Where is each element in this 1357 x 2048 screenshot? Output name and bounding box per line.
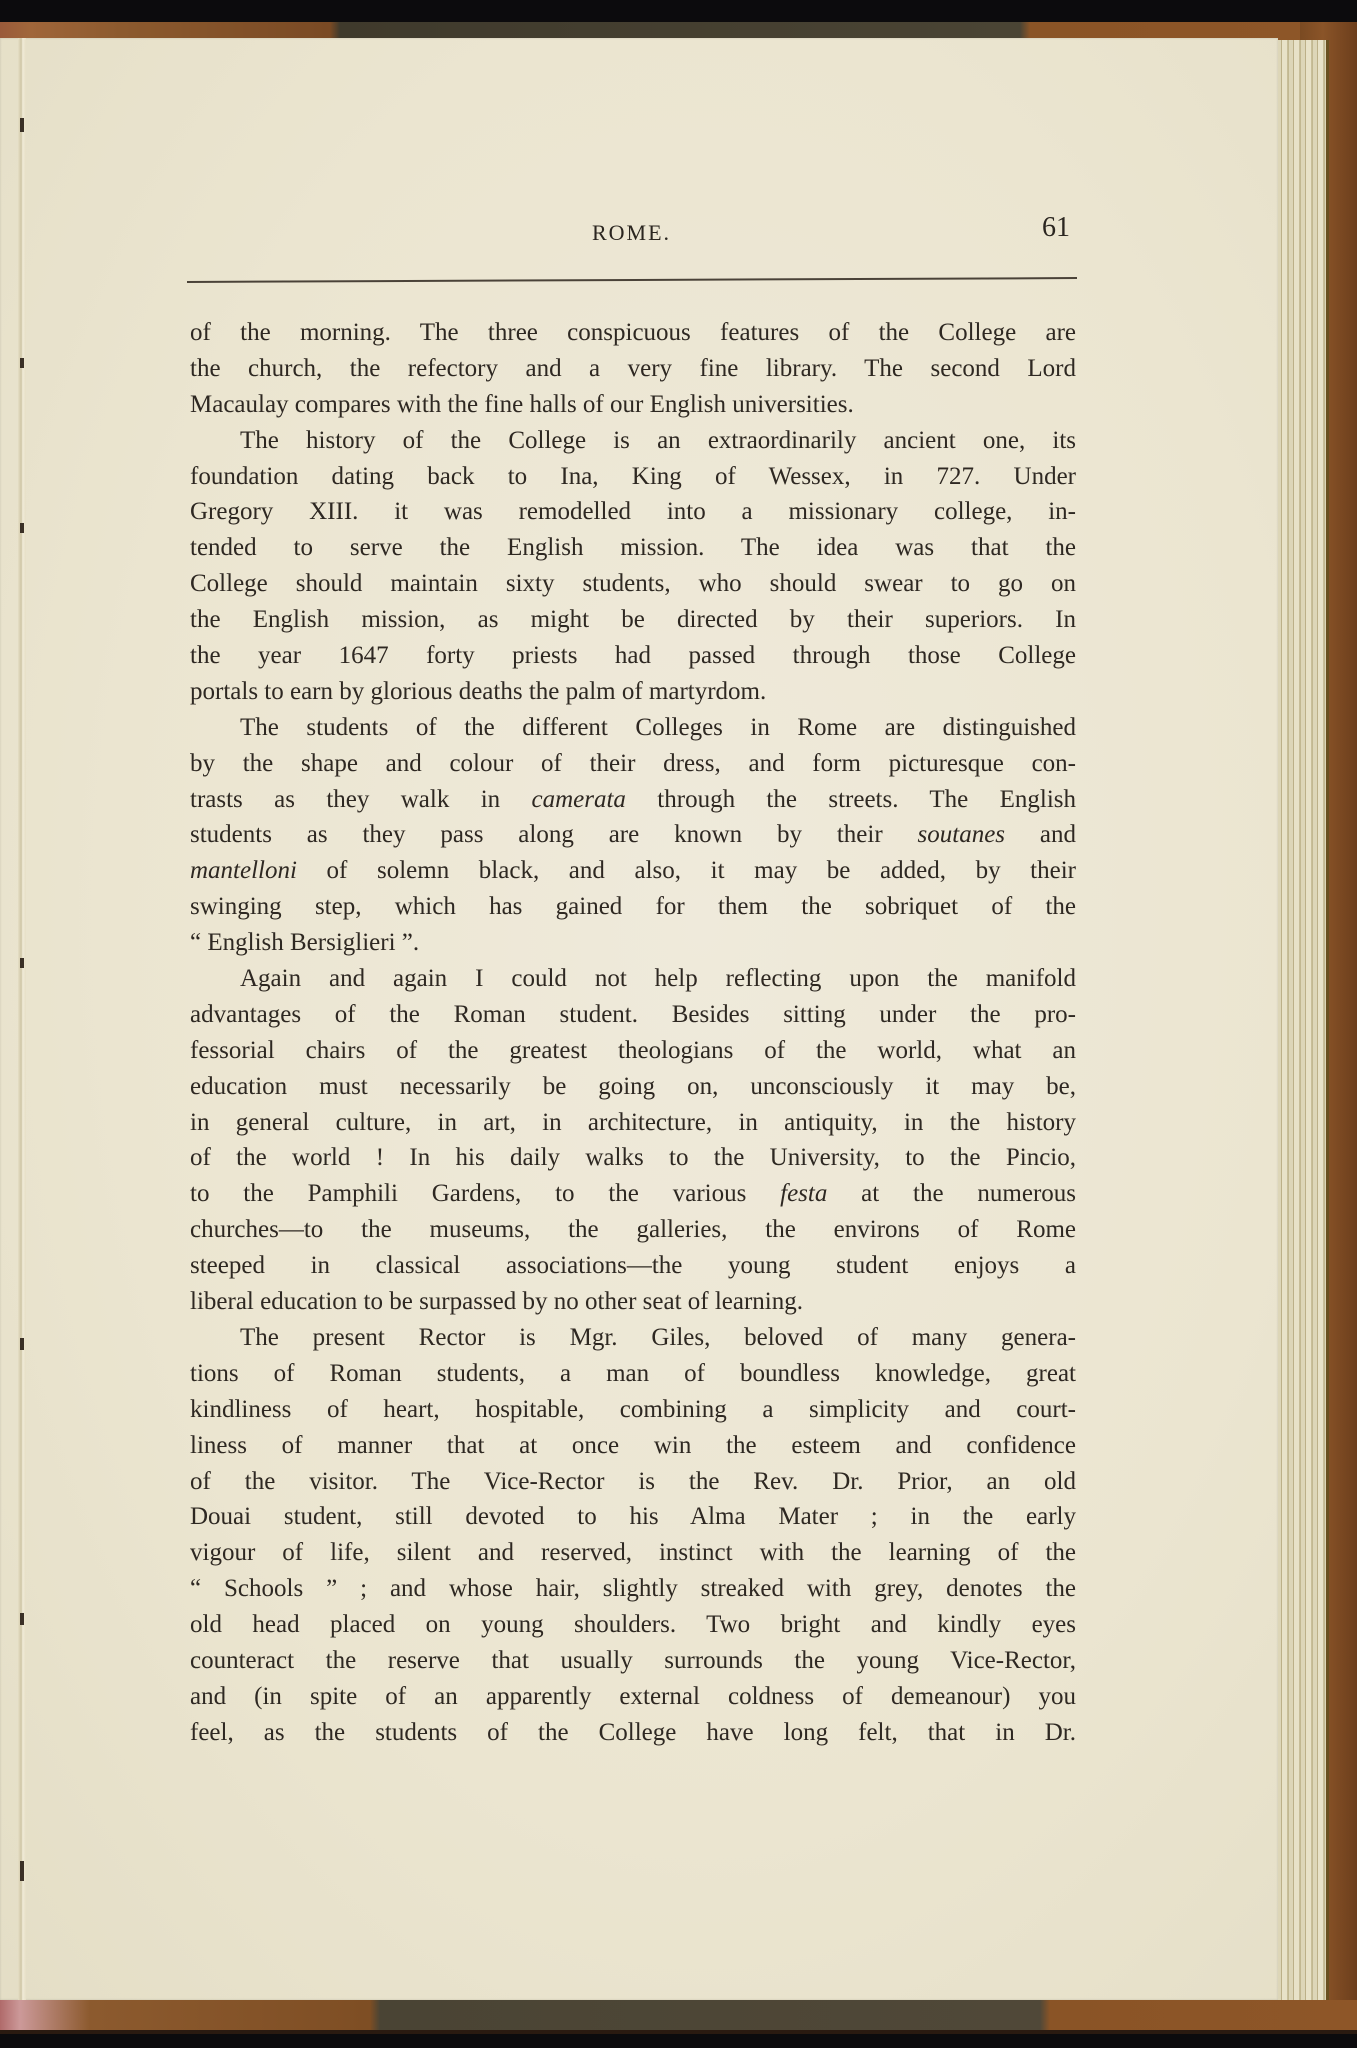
- line-text: The history of the College is an extraor…: [240, 427, 1076, 454]
- line-text: steeped in classical associations—the yo…: [190, 1252, 1076, 1279]
- gutter-mark: [20, 118, 24, 132]
- text-line: to the Pamphili Gardens, to the various …: [190, 1176, 1076, 1212]
- text-line: foundation dating back to Ina, King of W…: [190, 459, 1076, 495]
- line-text: tions of Roman students, a man of boundl…: [190, 1360, 1076, 1387]
- line-text: students as they pass along are known by…: [190, 821, 918, 848]
- line-text: kindliness of heart, hospitable, combini…: [190, 1396, 1076, 1423]
- text-line: the English mission, as might be directe…: [190, 602, 1076, 638]
- text-line: of the morning. The three conspicuous fe…: [190, 315, 1076, 351]
- line-text: of the world ! In his daily walks to the…: [190, 1144, 1076, 1171]
- text-line: students as they pass along are known by…: [190, 817, 1076, 853]
- line-text: foundation dating back to Ina, King of W…: [190, 463, 1076, 490]
- text-line: vigour of life, silent and reserved, ins…: [190, 1535, 1076, 1571]
- gutter-mark: [20, 1338, 24, 1350]
- text-line: churches—to the museums, the galleries, …: [190, 1212, 1076, 1248]
- line-text: of the visitor. The Vice-Rector is the R…: [190, 1468, 1076, 1495]
- line-text: and (in spite of an apparently external …: [190, 1683, 1076, 1710]
- italic-term: soutanes: [918, 821, 1006, 848]
- gutter-mark: [20, 1613, 24, 1625]
- line-text: Again and again I could not help reflect…: [240, 965, 1076, 992]
- line-text: in general culture, in art, in architect…: [190, 1109, 1076, 1136]
- text-line: and (in spite of an apparently external …: [190, 1679, 1076, 1715]
- italic-term: mantelloni: [190, 857, 297, 884]
- text-line: tended to serve the English mission. The…: [190, 530, 1076, 566]
- line-text: by the shape and colour of their dress, …: [190, 750, 1076, 777]
- book-cover-bottom-edge: [0, 2000, 1357, 2034]
- text-line: of the world ! In his daily walks to the…: [190, 1140, 1076, 1176]
- line-text: vigour of life, silent and reserved, ins…: [190, 1539, 1076, 1566]
- line-text: and: [1005, 821, 1076, 848]
- gutter-mark: [20, 958, 24, 968]
- text-line: tions of Roman students, a man of boundl…: [190, 1356, 1076, 1392]
- line-text: feel, as the students of the College hav…: [190, 1719, 1076, 1746]
- line-text: liberal education to be surpassed by no …: [190, 1288, 803, 1315]
- line-text: portals to earn by glorious deaths the p…: [190, 678, 766, 705]
- line-text: “ English Bersiglieri ”.: [190, 929, 419, 956]
- line-text: the year 1647 forty priests had passed t…: [190, 642, 1076, 669]
- text-line: trasts as they walk in camerata through …: [190, 782, 1076, 818]
- line-text: the church, the refectory and a very fin…: [190, 355, 1076, 382]
- text-line: Again and again I could not help reflect…: [190, 961, 1076, 997]
- text-line: mantelloni of solemn black, and also, it…: [190, 853, 1076, 889]
- line-text: to the Pamphili Gardens, to the various: [190, 1180, 780, 1207]
- line-text: swinging step, which has gained for them…: [190, 893, 1076, 920]
- line-text: at the numerous: [827, 1180, 1076, 1207]
- binding-gutter: [18, 38, 26, 2000]
- italic-term: festa: [780, 1180, 827, 1207]
- gutter-mark: [20, 1861, 24, 1881]
- book-page: ROME. 61 of the morning. The three consp…: [0, 38, 1278, 2000]
- text-line: kindliness of heart, hospitable, combini…: [190, 1392, 1076, 1428]
- text-line: portals to earn by glorious deaths the p…: [190, 674, 1076, 710]
- gutter-mark: [20, 523, 24, 533]
- line-text: liness of manner that at once win the es…: [190, 1432, 1076, 1459]
- text-line: in general culture, in art, in architect…: [190, 1105, 1076, 1141]
- text-line: Douai student, still devoted to his Alma…: [190, 1499, 1076, 1535]
- text-line: College should maintain sixty students, …: [190, 566, 1076, 602]
- line-text: “ Schools ” ; and whose hair, slightly s…: [190, 1575, 1076, 1602]
- text-line: fessorial chairs of the greatest theolog…: [190, 1033, 1076, 1069]
- line-text: of the morning. The three conspicuous fe…: [190, 319, 1076, 346]
- text-line: the church, the refectory and a very fin…: [190, 351, 1076, 387]
- line-text: through the streets. The English: [626, 786, 1076, 813]
- page-block-edges: [1270, 40, 1329, 2005]
- text-line: swinging step, which has gained for them…: [190, 889, 1076, 925]
- text-line: advantages of the Roman student. Besides…: [190, 997, 1076, 1033]
- text-line: steeped in classical associations—the yo…: [190, 1248, 1076, 1284]
- line-text: advantages of the Roman student. Besides…: [190, 1001, 1076, 1028]
- line-text: counteract the reserve that usually surr…: [190, 1647, 1076, 1674]
- line-text: tended to serve the English mission. The…: [190, 534, 1076, 561]
- line-text: Gregory XIII. it was remodelled into a m…: [190, 498, 1076, 525]
- line-text: churches—to the museums, the galleries, …: [190, 1216, 1076, 1243]
- italic-term: camerata: [532, 786, 626, 813]
- text-line: The students of the different Colleges i…: [190, 710, 1076, 746]
- line-text: Macaulay compares with the fine halls of…: [190, 391, 854, 418]
- line-text: fessorial chairs of the greatest theolog…: [190, 1037, 1076, 1064]
- text-line: by the shape and colour of their dress, …: [190, 746, 1076, 782]
- header-rule: [187, 277, 1077, 283]
- text-line: “ Schools ” ; and whose hair, slightly s…: [190, 1571, 1076, 1607]
- text-line: The present Rector is Mgr. Giles, belove…: [190, 1320, 1076, 1356]
- text-line: old head placed on young shoulders. Two …: [190, 1607, 1076, 1643]
- running-head: ROME.: [592, 220, 671, 246]
- line-text: trasts as they walk in: [190, 786, 532, 813]
- line-text: education must necessarily be going on, …: [190, 1073, 1076, 1100]
- text-line: Macaulay compares with the fine halls of…: [190, 387, 1076, 423]
- text-line: education must necessarily be going on, …: [190, 1069, 1076, 1105]
- text-line: counteract the reserve that usually surr…: [190, 1643, 1076, 1679]
- line-text: The students of the different Colleges i…: [240, 714, 1076, 741]
- text-line: The history of the College is an extraor…: [190, 423, 1076, 459]
- line-text: College should maintain sixty students, …: [190, 570, 1076, 597]
- body-text: of the morning. The three conspicuous fe…: [190, 315, 1076, 1751]
- line-text: old head placed on young shoulders. Two …: [190, 1611, 1076, 1638]
- text-line: liness of manner that at once win the es…: [190, 1428, 1076, 1464]
- line-text: The present Rector is Mgr. Giles, belove…: [240, 1324, 1076, 1351]
- page-number: 61: [1042, 212, 1070, 244]
- line-text: the English mission, as might be directe…: [190, 606, 1076, 633]
- text-line: liberal education to be surpassed by no …: [190, 1284, 1076, 1320]
- text-line: “ English Bersiglieri ”.: [190, 925, 1076, 961]
- line-text: of solemn black, and also, it may be add…: [297, 857, 1076, 884]
- text-line: of the visitor. The Vice-Rector is the R…: [190, 1464, 1076, 1500]
- line-text: Douai student, still devoted to his Alma…: [190, 1503, 1076, 1530]
- text-line: Gregory XIII. it was remodelled into a m…: [190, 494, 1076, 530]
- text-line: feel, as the students of the College hav…: [190, 1715, 1076, 1751]
- text-line: the year 1647 forty priests had passed t…: [190, 638, 1076, 674]
- gutter-mark: [20, 358, 24, 368]
